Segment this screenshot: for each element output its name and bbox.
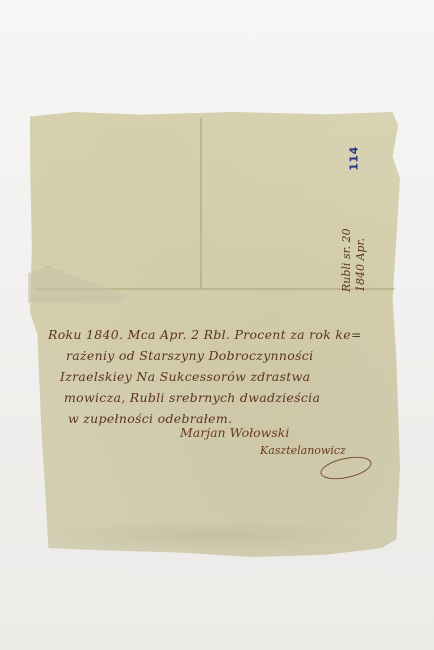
receipt-body: Roku 1840. Mca Apr. 2 Rbl. Procent za ro… [48, 324, 393, 429]
side-annotation-line: 1840 Apr. [354, 228, 368, 292]
body-line: Izraelskiey Na Sukcessorów zdrastwa [48, 366, 393, 387]
signature-name: Marjan Wołowski [180, 425, 400, 440]
archive-number: 114 [348, 146, 361, 170]
body-line: mowicza, Rubli srebrnych dwadzieścia [48, 387, 393, 408]
signature-block: Marjan Wołowski Kasztelanowicz [180, 425, 400, 457]
paper-stain [40, 520, 380, 550]
body-line: Roku 1840. Mca Apr. 2 Rbl. Procent za ro… [48, 324, 393, 345]
vertical-fold-crease [200, 118, 202, 288]
body-line: rażeniy od Starszyny Dobroczynności [48, 345, 393, 366]
side-annotation-line: Rubli sr. 20 [340, 228, 354, 292]
signature-title: Kasztelanowicz [180, 444, 400, 457]
side-annotation: Rubli sr. 20 1840 Apr. [340, 228, 368, 292]
